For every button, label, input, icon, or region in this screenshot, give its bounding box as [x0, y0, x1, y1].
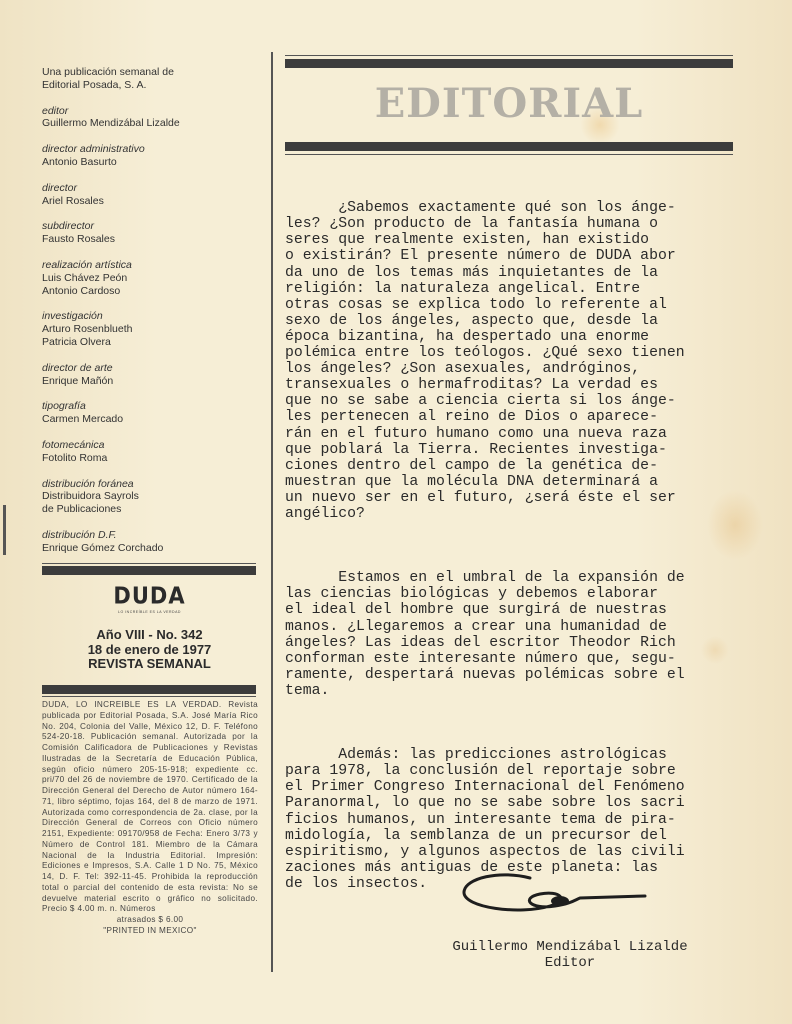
title-bar-bottom	[285, 142, 733, 151]
signature-title: Editor	[420, 955, 720, 971]
legal-text: DUDA, LO INCREIBLE ES LA VERDAD. Revista…	[42, 700, 258, 913]
title-bar-top	[285, 59, 733, 68]
signature-name: Guillermo Mendizábal Lizalde	[420, 939, 720, 955]
credit-entry: director de arteEnrique Mañón	[42, 362, 257, 388]
signature-icon	[460, 870, 660, 925]
credit-entry: subdirectorFausto Rosales	[42, 220, 257, 246]
credit-role: director administrativo	[42, 143, 257, 156]
credit-entry: fotomecánicaFotolito Roma	[42, 439, 257, 465]
credit-role: distribución foránea	[42, 478, 257, 491]
credit-entry: directorAriel Rosales	[42, 182, 257, 208]
divider	[285, 154, 733, 155]
column-divider	[271, 52, 273, 972]
printed-in-mexico: "PRINTED IN MEXICO"	[42, 926, 258, 937]
credit-role: subdirector	[42, 220, 257, 233]
credit-name: Fausto Rosales	[42, 233, 257, 246]
credit-name: Patricia Olvera	[42, 336, 257, 349]
credit-entry: tipografíaCarmen Mercado	[42, 400, 257, 426]
credit-name: Antonio Basurto	[42, 156, 257, 169]
credit-role: director	[42, 182, 257, 195]
duda-logo: DUDA Lo increíble es la verdad	[42, 584, 257, 614]
signature-block: Guillermo Mendizábal Lizalde Editor	[420, 939, 720, 971]
credit-name: Arturo Rosenblueth	[42, 323, 257, 336]
credit-name: Ariel Rosales	[42, 195, 257, 208]
editorial-body: ¿Sabemos exactamente qué son los ánge- l…	[285, 168, 745, 924]
publisher-line: Una publicación semanal de Editorial Pos…	[42, 66, 257, 92]
divider	[42, 563, 256, 564]
divider-bar	[42, 685, 256, 694]
credit-name: Enrique Gómez Corchado	[42, 542, 257, 555]
credit-role: distribución D.F.	[42, 529, 257, 542]
credit-entry: realización artísticaLuis Chávez PeónAnt…	[42, 259, 257, 297]
credit-name: Fotolito Roma	[42, 452, 257, 465]
divider	[285, 55, 733, 56]
credit-name: Guillermo Mendizábal Lizalde	[42, 117, 257, 130]
credit-name: Carmen Mercado	[42, 413, 257, 426]
paragraph: Estamos en el umbral de la expansión de …	[285, 570, 745, 699]
credit-entry: distribución D.F.Enrique Gómez Corchado	[42, 529, 257, 555]
logo-wordmark: DUDA	[113, 583, 185, 609]
credit-entry: distribución foráneaDistribuidora Sayrol…	[42, 478, 257, 516]
divider-bar	[42, 566, 256, 575]
credit-entry: editorGuillermo Mendizábal Lizalde	[42, 105, 257, 131]
credit-name: Distribuidora Sayrols	[42, 490, 257, 503]
divider	[42, 696, 256, 697]
credit-entry: director administrativoAntonio Basurto	[42, 143, 257, 169]
credit-name: Antonio Cardoso	[42, 285, 257, 298]
credit-role: director de arte	[42, 362, 257, 375]
credit-role: editor	[42, 105, 257, 118]
issue-number: Año VIII - No. 342	[42, 628, 257, 643]
margin-marks	[3, 505, 12, 555]
credit-name: Enrique Mañón	[42, 375, 257, 388]
credit-name: de Publicaciones	[42, 503, 257, 516]
credits-list: editorGuillermo Mendizábal Lizaldedirect…	[42, 105, 257, 555]
issue-info: Año VIII - No. 342 18 de enero de 1977 R…	[42, 628, 257, 672]
paragraph: ¿Sabemos exactamente qué son los ánge- l…	[285, 200, 745, 522]
logo-tagline: Lo increíble es la verdad	[42, 610, 257, 614]
masthead: Una publicación semanal de Editorial Pos…	[42, 66, 257, 568]
credit-role: fotomecánica	[42, 439, 257, 452]
credit-role: investigación	[42, 310, 257, 323]
editorial-title: EDITORIAL	[285, 80, 733, 127]
credit-role: realización artística	[42, 259, 257, 272]
legal-notice: DUDA, LO INCREIBLE ES LA VERDAD. Revista…	[42, 700, 258, 937]
credit-role: tipografía	[42, 400, 257, 413]
issue-type: REVISTA SEMANAL	[42, 657, 257, 672]
back-issues-price: atrasados $ 6.00	[42, 915, 258, 926]
issue-date: 18 de enero de 1977	[42, 643, 257, 658]
credit-name: Luis Chávez Peón	[42, 272, 257, 285]
credit-entry: investigaciónArturo RosenbluethPatricia …	[42, 310, 257, 348]
